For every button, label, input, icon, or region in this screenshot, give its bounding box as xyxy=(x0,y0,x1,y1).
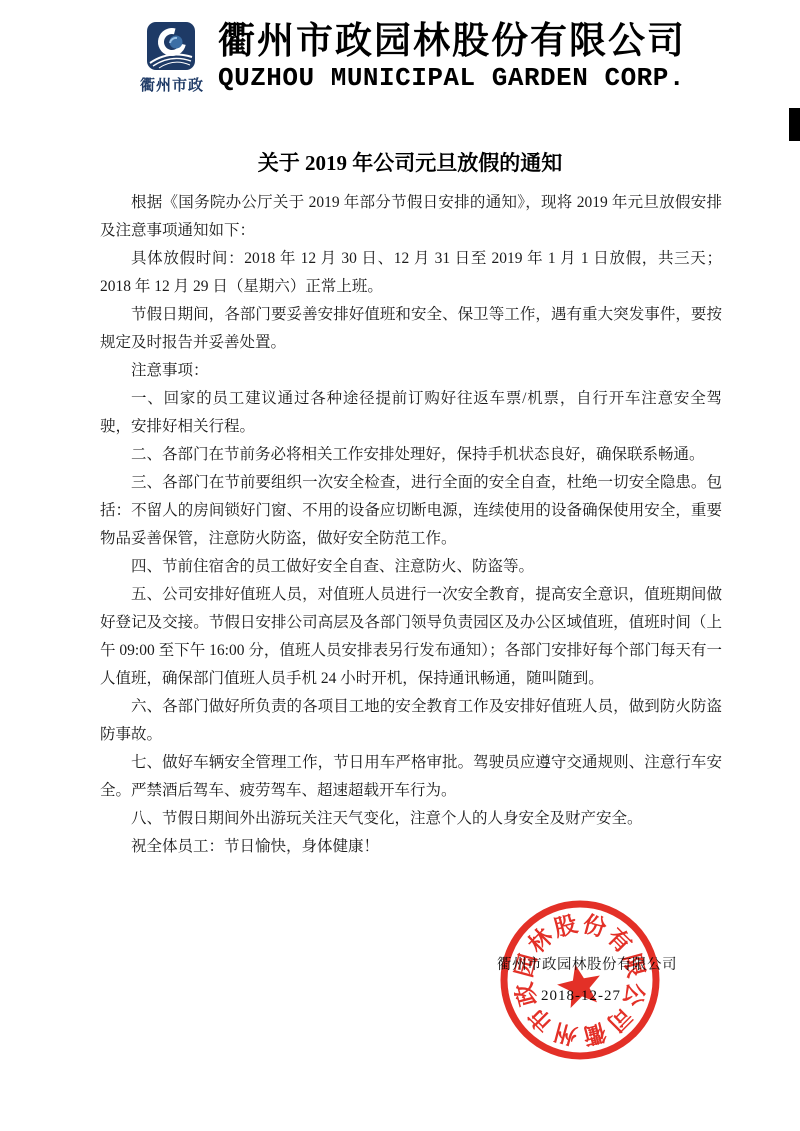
wave-c-logo-icon xyxy=(147,22,195,70)
scan-artifact-bar xyxy=(789,108,800,141)
body-paragraph: 八、节假日期间外出游玩关注天气变化，注意个人的人身安全及财产安全。 xyxy=(100,805,722,833)
body-paragraph: 注意事项： xyxy=(100,357,722,385)
body-paragraph: 根据《国务院办公厅关于 2019 年部分节假日安排的通知》，现将 2019 年元… xyxy=(100,189,722,245)
company-name-cn: 衢州市政园林股份有限公司 xyxy=(218,20,686,62)
seal-star-icon xyxy=(557,965,600,1009)
logo-caption: 衢州市政 xyxy=(140,74,202,95)
body-paragraph: 祝全体员工：节日愉快，身体健康！ xyxy=(100,833,722,861)
body-paragraph: 一、回家的员工建议通过各种途径提前订购好往返车票/机票，自行开车注意安全驾驶，安… xyxy=(100,385,722,441)
body-paragraph: 节假日期间，各部门要妥善安排好值班和安全、保卫等工作，遇有重大突发事件，要按规定… xyxy=(100,301,722,357)
letterhead: 衢州市政 衢州市政园林股份有限公司 QUZHOU MUNICIPAL GARDE… xyxy=(140,20,686,95)
body-paragraphs: 根据《国务院办公厅关于 2019 年部分节假日安排的通知》，现将 2019 年元… xyxy=(100,189,722,861)
seal-ring-char: 限 xyxy=(619,951,650,980)
company-names: 衢州市政园林股份有限公司 QUZHOU MUNICIPAL GARDEN COR… xyxy=(218,20,686,93)
seal-ring-char: 政 xyxy=(510,980,541,1009)
body-paragraph: 三、各部门在节前要组织一次安全检查，进行全面的安全自查，杜绝一切安全隐患。包括：… xyxy=(100,469,722,553)
company-seal: 衢州市政园林股份有限公司 xyxy=(480,880,680,1080)
body-paragraph: 四、节前住宿舍的员工做好安全自查、注意防火、防盗等。 xyxy=(100,553,722,581)
notice-title: 关于 2019 年公司元旦放假的通知 xyxy=(100,147,720,177)
seal-ring-char: 公 xyxy=(619,980,650,1009)
company-logo: 衢州市政 xyxy=(140,20,202,95)
seal-ring-char: 份 xyxy=(580,910,609,941)
body-paragraph: 六、各部门做好所负责的各项目工地的安全教育工作及安排好值班人员，做到防火防盗防事… xyxy=(100,693,722,749)
body-paragraph: 五、公司安排好值班人员，对值班人员进行一次安全教育，提高安全意识，值班期间做好登… xyxy=(100,581,722,693)
body-paragraph: 二、各部门在节前务必将相关工作安排处理好，保持手机状态良好，确保联系畅通。 xyxy=(100,441,722,469)
seal-ring-char: 衢 xyxy=(580,1019,609,1050)
seal-ring-char: 股 xyxy=(551,910,580,941)
seal-ring-char: 州 xyxy=(551,1019,580,1050)
body-paragraph: 七、做好车辆安全管理工作，节日用车严格审批。驾驶员应遵守交通规则、注意行车安全。… xyxy=(100,749,722,805)
company-name-en: QUZHOU MUNICIPAL GARDEN CORP. xyxy=(218,63,686,93)
seal-ring-char: 园 xyxy=(510,951,541,980)
body-paragraph: 具体放假时间：2018 年 12 月 30 日、12 月 31 日至 2019 … xyxy=(100,245,722,301)
document-page: 衢州市政 衢州市政园林股份有限公司 QUZHOU MUNICIPAL GARDE… xyxy=(0,0,800,1131)
